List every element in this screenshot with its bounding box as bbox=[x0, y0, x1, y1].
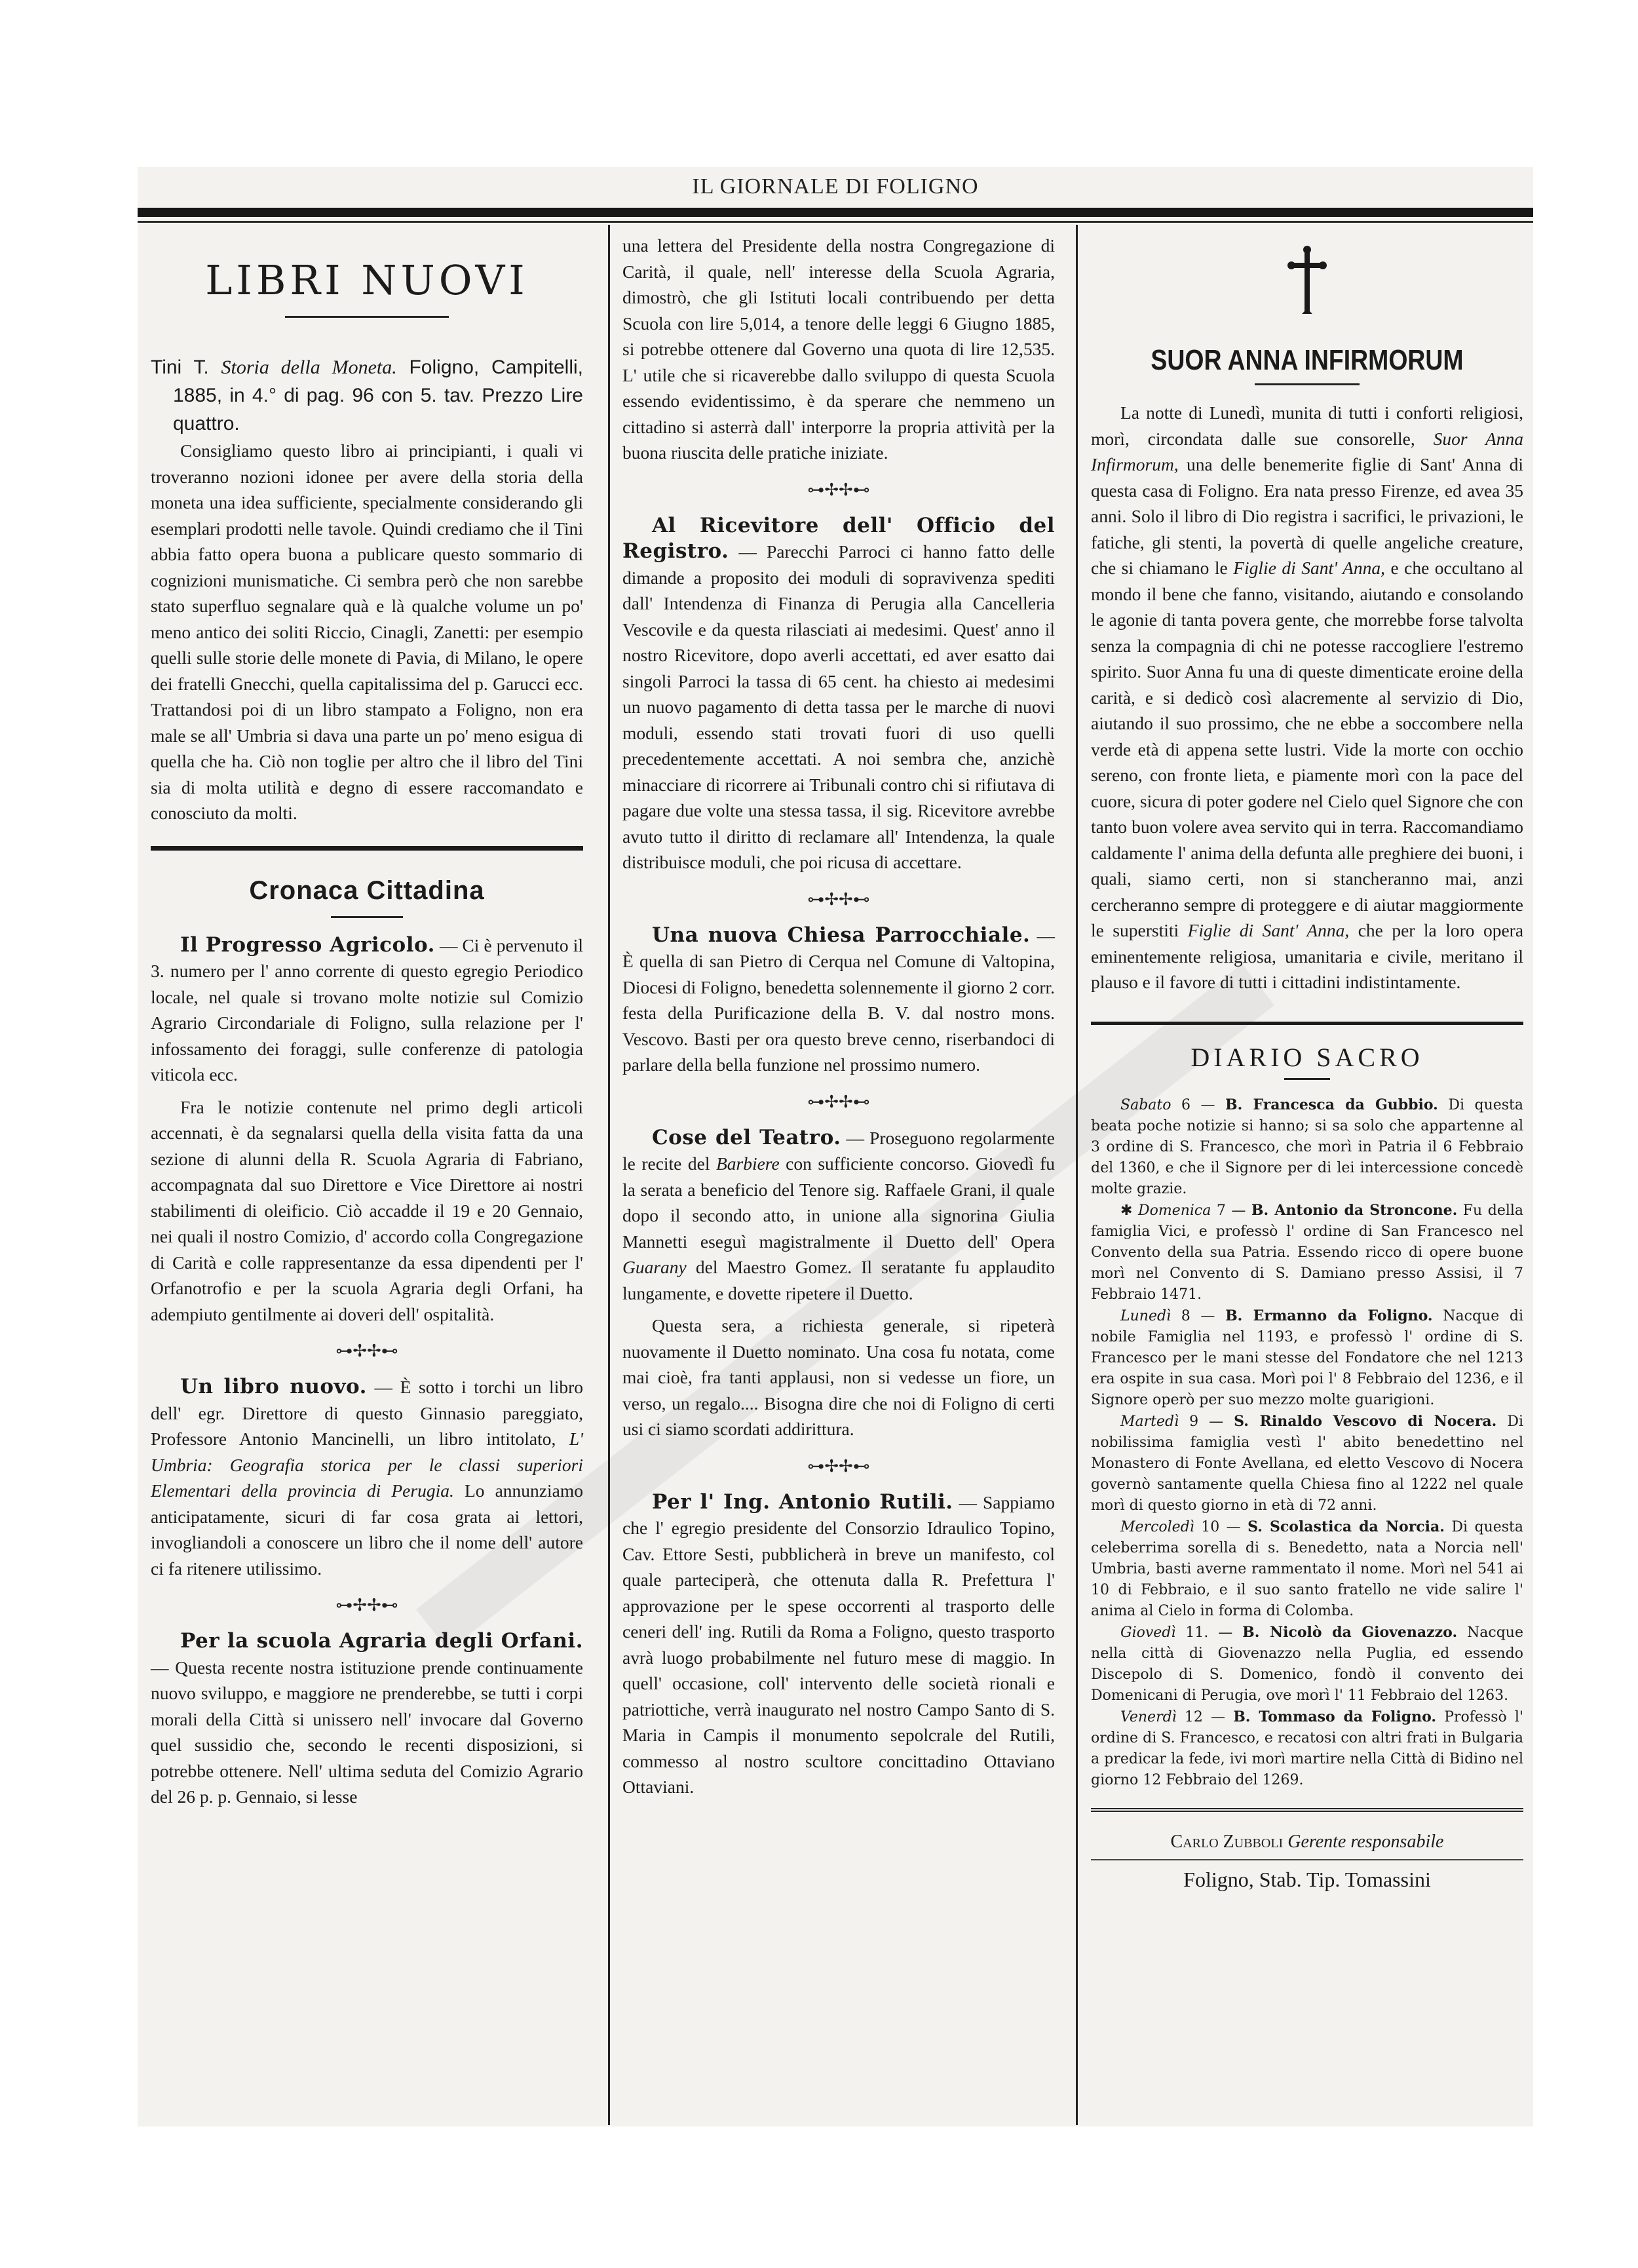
book-title: Storia della Moneta. bbox=[221, 356, 396, 378]
article-headline: Il Progresso Agricolo. bbox=[180, 933, 435, 957]
column-1: LIBRI NUOVI Tini T. Storia della Moneta.… bbox=[151, 233, 583, 1810]
saint-name: B. Nicolò da Giovenazzo. bbox=[1242, 1624, 1457, 1641]
article-headline: Cose del Teatro. bbox=[652, 1126, 841, 1149]
gerente-name: Carlo Zubboli bbox=[1171, 1832, 1284, 1852]
saint-name: S. Scolastica da Norcia. bbox=[1248, 1518, 1445, 1535]
column-divider-1 bbox=[608, 225, 610, 2125]
column-3: SUOR ANNA INFIRMORUM La notte di Lunedì,… bbox=[1091, 233, 1523, 1893]
diario-entry: Lunedì 8 — B. Ermanno da Foligno. Nacque… bbox=[1091, 1305, 1523, 1411]
article-progresso-agricolo: Il Progresso Agricolo. — Ci è pervenuto … bbox=[151, 932, 583, 1088]
article-ricevitore: Al Ricevitore dell' Officio del Registro… bbox=[622, 513, 1055, 875]
article-headline: Una nuova Chiesa Parrocchiale. bbox=[652, 923, 1030, 947]
article-teatro: Cose del Teatro. — Proseguono regolarmen… bbox=[622, 1125, 1055, 1307]
obituary-title: SUOR ANNA INFIRMORUM bbox=[1124, 347, 1491, 374]
diario-entry: Venerdì 12 — B. Tommaso da Foligno. Prof… bbox=[1091, 1706, 1523, 1791]
article-body-continued: Questa sera, a richiesta generale, si ri… bbox=[622, 1313, 1055, 1442]
newspaper-page: IL GIORNALE DI FOLIGNO LIBRI NUOVI Tini … bbox=[138, 167, 1533, 2126]
section-rule bbox=[1091, 1022, 1523, 1025]
footer-thin-rule bbox=[1091, 1859, 1523, 1860]
short-rule bbox=[1284, 1078, 1330, 1080]
diario-entry: Mercoledì 10 — S. Scolastica da Norcia. … bbox=[1091, 1516, 1523, 1622]
article-headline: Un libro nuovo. bbox=[180, 1375, 367, 1398]
saint-name: S. Rinaldo Vescovo di Nocera. bbox=[1234, 1413, 1496, 1430]
opera-title: Guarany bbox=[622, 1257, 687, 1277]
column-2: una lettera del Presidente della nostra … bbox=[622, 233, 1055, 1800]
diario-entries: Sabato 6 — B. Francesca da Gubbio. Di qu… bbox=[1091, 1094, 1523, 1791]
diario-entry: Martedì 9 — S. Rinaldo Vescovo di Nocera… bbox=[1091, 1411, 1523, 1516]
section-title-libri-nuovi: LIBRI NUOVI bbox=[151, 258, 583, 303]
article-body-continued: Fra le notizie contenute nel primo degli… bbox=[151, 1094, 583, 1328]
article-libro-nuovo: Un libro nuovo. — È sotto i torchi un li… bbox=[151, 1374, 583, 1581]
saint-name: B. Ermanno da Foligno. bbox=[1225, 1307, 1433, 1324]
short-rule bbox=[331, 916, 403, 918]
ornament-divider: ⊶✢✢⊷ bbox=[622, 1092, 1055, 1112]
feast-marker-icon: ✱ bbox=[1120, 1202, 1132, 1219]
diario-entry: ✱ Domenica 7 — B. Antonio da Stroncone. … bbox=[1091, 1200, 1523, 1305]
religious-order: Figlie di Sant' Anna, bbox=[1233, 558, 1385, 578]
article-body: Questa recente nostra istituzione prende… bbox=[151, 1657, 583, 1807]
bibliography-entry: Tini T. Storia della Moneta. Foligno, Ca… bbox=[151, 353, 583, 438]
article-body: Parecchi Parroci ci hanno fatto delle di… bbox=[622, 541, 1055, 872]
article-body: È quella di san Pietro di Cerqua nel Com… bbox=[622, 951, 1055, 1075]
article-body: Ci è pervenuto il 3. numero per l' anno … bbox=[151, 935, 583, 1085]
flourish-divider bbox=[151, 307, 583, 324]
book-author: Tini T. bbox=[151, 356, 209, 378]
article-rutili: Per l' Ing. Antonio Rutili. — Sappiamo c… bbox=[622, 1490, 1055, 1800]
article-headline: Per la scuola Agraria degli Orfani. bbox=[180, 1629, 583, 1653]
ornament-divider: ⊶✢✢⊷ bbox=[151, 1341, 583, 1361]
review-text: Consigliamo questo libro ai principianti… bbox=[151, 438, 583, 826]
ornament-divider: ⊶✢✢⊷ bbox=[622, 480, 1055, 500]
opera-title: Barbiere bbox=[716, 1153, 780, 1174]
column-divider-2 bbox=[1076, 225, 1078, 2125]
article-scuola-agraria: Per la scuola Agraria degli Orfani. — Qu… bbox=[151, 1628, 583, 1810]
article-continuation: una lettera del Presidente della nostra … bbox=[622, 233, 1055, 466]
gerente-role: Gerente responsabile bbox=[1287, 1832, 1443, 1852]
religious-order: Figlie di Sant' Anna, bbox=[1188, 920, 1350, 940]
saint-name: B. Antonio da Stroncone. bbox=[1251, 1202, 1457, 1219]
ornament-divider: ⊶✢✢⊷ bbox=[622, 890, 1055, 910]
masthead-title: IL GIORNALE DI FOLIGNO bbox=[138, 167, 1533, 206]
ornament-divider: ⊶✢✢⊷ bbox=[151, 1596, 583, 1615]
gerente-line: Carlo Zubboli Gerente responsabile bbox=[1091, 1829, 1523, 1855]
section-title-diario-sacro: DIARIO SACRO bbox=[1091, 1045, 1523, 1071]
cross-icon bbox=[1091, 246, 1523, 325]
article-headline: Per l' Ing. Antonio Rutili. bbox=[652, 1490, 953, 1514]
section-title-cronaca: Cronaca Cittadina bbox=[151, 874, 583, 907]
footer-rule bbox=[1091, 1808, 1523, 1813]
obituary-text: La notte di Lunedì, munita di tutti i co… bbox=[1091, 400, 1523, 995]
masthead-rule bbox=[138, 208, 1533, 217]
diario-entry: Sabato 6 — B. Francesca da Gubbio. Di qu… bbox=[1091, 1094, 1523, 1200]
masthead-rule-thin bbox=[138, 221, 1533, 223]
article-body: Sappiamo che l' egregio presidente del C… bbox=[622, 1492, 1055, 1797]
saint-name: B. Tommaso da Foligno. bbox=[1233, 1708, 1436, 1725]
ornament-divider: ⊶✢✢⊷ bbox=[622, 1457, 1055, 1476]
article-chiesa-parrocchiale: Una nuova Chiesa Parrocchiale. — È quell… bbox=[622, 923, 1055, 1078]
section-rule bbox=[151, 846, 583, 851]
printer-line: Foligno, Stab. Tip. Tomassini bbox=[1091, 1866, 1523, 1893]
saint-name: B. Francesca da Gubbio. bbox=[1225, 1096, 1438, 1113]
diario-entry: Giovedì 11. — B. Nicolò da Giovenazzo. N… bbox=[1091, 1622, 1523, 1706]
short-rule bbox=[1255, 383, 1360, 385]
